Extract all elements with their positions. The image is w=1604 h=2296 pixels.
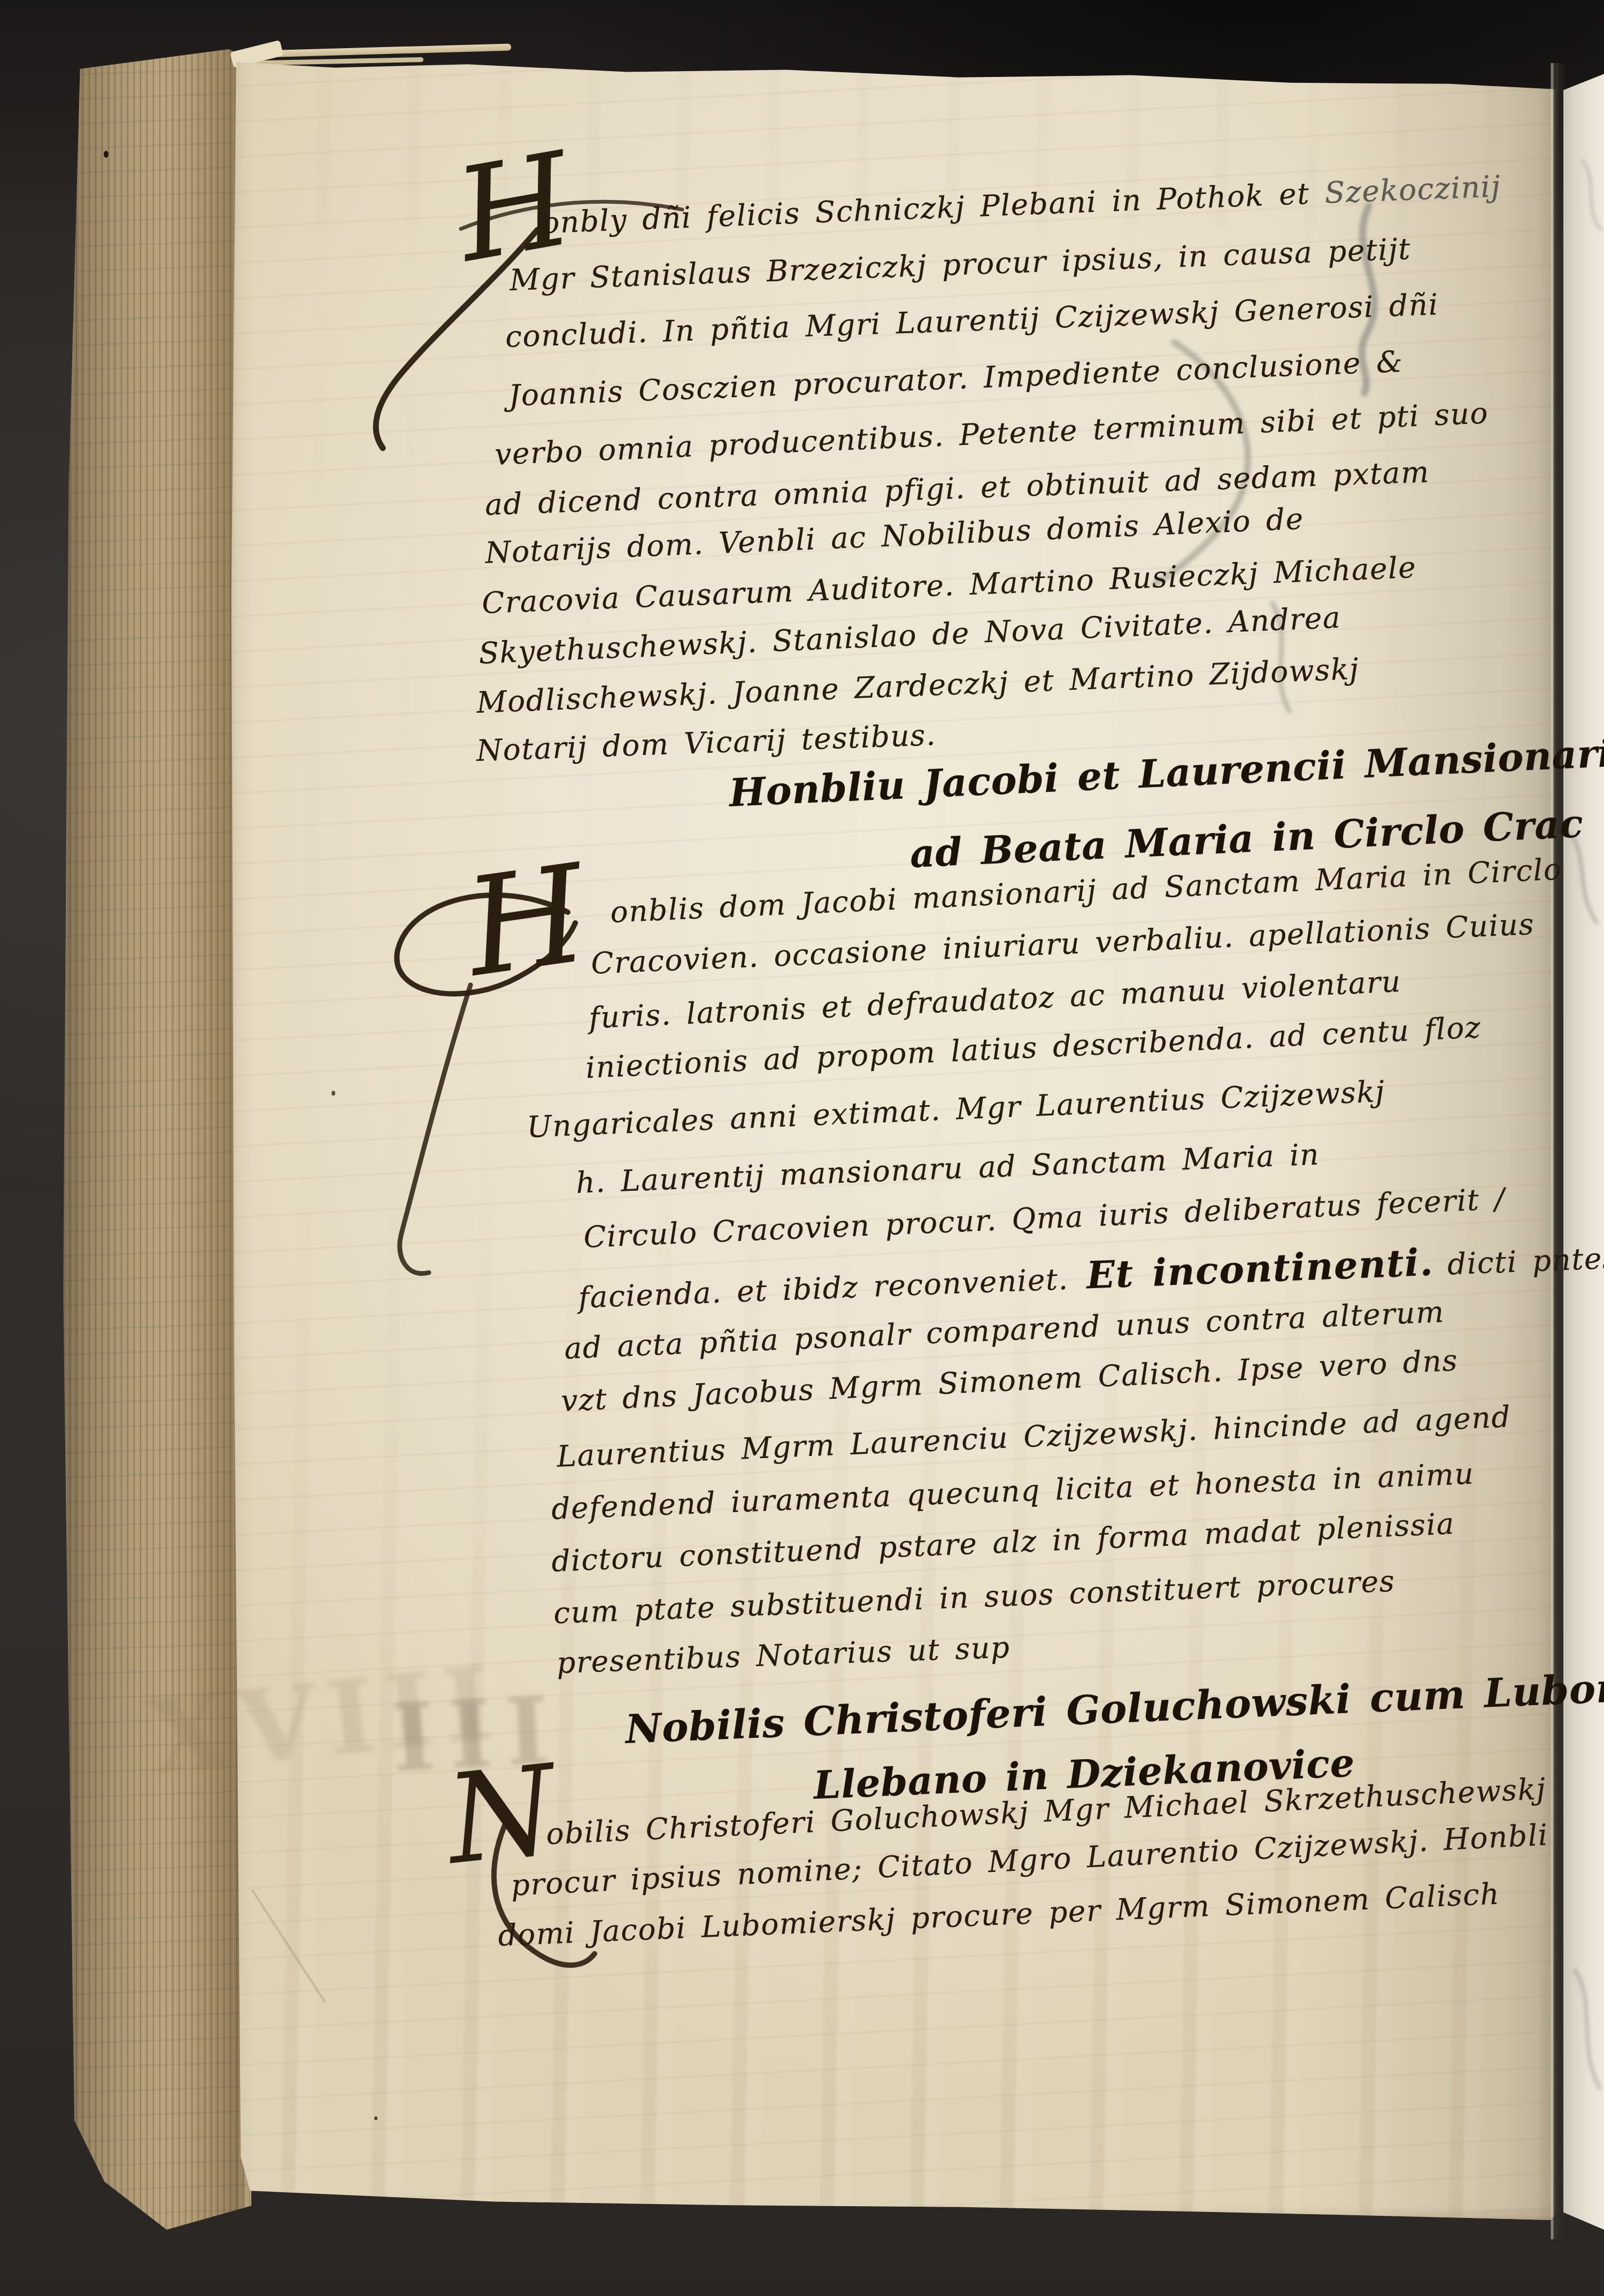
ink-speck bbox=[374, 2116, 377, 2120]
book-fore-edge bbox=[63, 49, 251, 2230]
scanned-manuscript-photo: XVIII III H onbly dñi felicis Schniczkj … bbox=[0, 0, 1604, 2296]
ink-speck bbox=[104, 151, 109, 158]
entry2-line-8-c: dicti pntes bbox=[1447, 1241, 1604, 1281]
illuminated-initial: N bbox=[442, 1749, 562, 1883]
ink-speck bbox=[331, 1091, 335, 1096]
entry1-line-1-faded: Szekoczinij bbox=[1324, 169, 1501, 210]
illuminated-initial: H bbox=[459, 846, 595, 996]
facing-page-sliver bbox=[1563, 67, 1604, 2232]
